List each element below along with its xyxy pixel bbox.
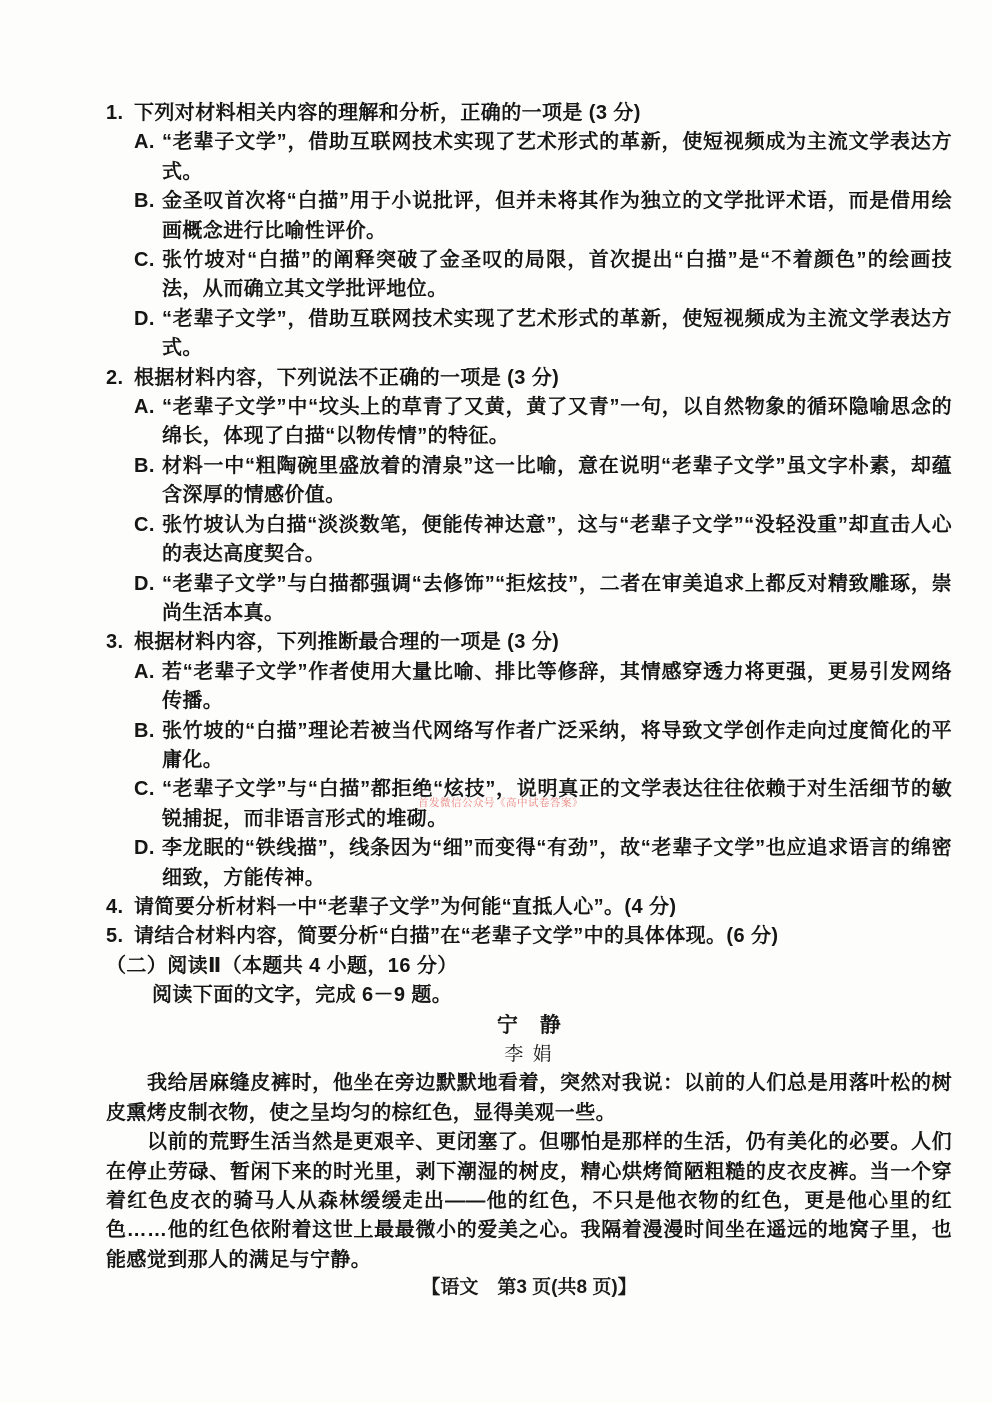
- question-3: 3. 根据材料内容，下列推断最合理的一项是 (3 分) A. 若“老辈子文学”作…: [106, 628, 952, 893]
- question-2-option-b: B. 材料一中“粗陶碗里盛放着的清泉”这一比喻，意在说明“老辈子文学”虽文字朴素…: [134, 452, 952, 511]
- question-3-option-d: D. 李龙眠的“铁线描”，线条因为“细”而变得“有劲”，故“老辈子文学”也应追求…: [134, 834, 952, 893]
- option-label: B.: [134, 187, 162, 246]
- question-2-option-c: C. 张竹坡认为白描“淡淡数笔，便能传神达意”，这与“老辈子文学”“没轻没重”却…: [134, 511, 952, 570]
- question-2-option-a: A. “老辈子文学”中“坟头上的草青了又黄，黄了又青”一句，以自然物象的循环隐喻…: [134, 393, 952, 452]
- question-3-option-b: B. 张竹坡的“白描”理论若被当代网络写作者广泛采纳，将导致文学创作走向过度简化…: [134, 717, 952, 776]
- option-label: A.: [134, 128, 162, 187]
- question-4-number: 4.: [106, 893, 134, 922]
- option-text: “老辈子文学”，借助互联网技术实现了艺术形式的革新，使短视频成为主流文学表达方式…: [162, 305, 952, 364]
- option-label: C.: [134, 511, 162, 570]
- question-1-number: 1.: [106, 99, 134, 128]
- option-text: 金圣叹首次将“白描”用于小说批评，但并未将其作为独立的文学批评术语，而是借用绘画…: [162, 187, 952, 246]
- option-label: C.: [134, 775, 162, 834]
- option-text: 张竹坡的“白描”理论若被当代网络写作者广泛采纳，将导致文学创作走向过度简化的平庸…: [162, 717, 952, 776]
- question-2-number: 2.: [106, 364, 134, 393]
- question-2-stem: 根据材料内容，下列说法不正确的一项是 (3 分): [134, 364, 952, 393]
- question-3-number: 3.: [106, 628, 134, 657]
- publisher-watermark: 首发微信公众号《高中试卷答案》: [418, 795, 583, 810]
- option-text: “老辈子文学”与白描都强调“去修饰”“拒炫技”，二者在审美追求上都反对精致雕琢，…: [162, 570, 952, 629]
- question-5-stem: 请结合材料内容，简要分析“白描”在“老辈子文学”中的具体体现。(6 分): [134, 922, 952, 951]
- question-3-option-a: A. 若“老辈子文学”作者使用大量比喻、排比等修辞，其情感穿透力将更强，更易引发…: [134, 658, 952, 717]
- option-text: 李龙眠的“铁线描”，线条因为“细”而变得“有劲”，故“老辈子文学”也应追求语言的…: [162, 834, 952, 893]
- question-5: 5. 请结合材料内容，简要分析“白描”在“老辈子文学”中的具体体现。(6 分): [106, 922, 952, 951]
- option-label: C.: [134, 246, 162, 305]
- question-1: 1. 下列对材料相关内容的理解和分析，正确的一项是 (3 分) A. “老辈子文…: [106, 99, 952, 364]
- option-label: D.: [134, 834, 162, 893]
- reading-instruction: 阅读下面的文字，完成 6－9 题。: [106, 981, 952, 1010]
- question-4: 4. 请简要分析材料一中“老辈子文学”为何能“直抵人心”。(4 分): [106, 893, 952, 922]
- option-label: A.: [134, 658, 162, 717]
- option-label: B.: [134, 452, 162, 511]
- page-footer: 【语文 第3 页(共8 页)】: [106, 1272, 952, 1299]
- option-label: D.: [134, 305, 162, 364]
- option-label: D.: [134, 570, 162, 629]
- exam-page: 首发微信公众号《高中试卷答案》 1. 下列对材料相关内容的理解和分析，正确的一项…: [0, 0, 992, 1403]
- reading-passage-author: 李 娟: [106, 1040, 952, 1069]
- option-text: 张竹坡认为白描“淡淡数笔，便能传神达意”，这与“老辈子文学”“没轻没重”却直击人…: [162, 511, 952, 570]
- passage-paragraph-2: 以前的荒野生活当然是更艰辛、更闭塞了。但哪怕是那样的生活，仍有美化的必要。人们在…: [106, 1128, 952, 1275]
- reading-passage-title: 宁 静: [106, 1011, 952, 1040]
- question-1-stem: 下列对材料相关内容的理解和分析，正确的一项是 (3 分): [134, 99, 952, 128]
- option-text: “老辈子文学”中“坟头上的草青了又黄，黄了又青”一句，以自然物象的循环隐喻思念的…: [162, 393, 952, 452]
- exam-content: 1. 下列对材料相关内容的理解和分析，正确的一项是 (3 分) A. “老辈子文…: [106, 99, 952, 1275]
- question-2: 2. 根据材料内容，下列说法不正确的一项是 (3 分) A. “老辈子文学”中“…: [106, 364, 952, 629]
- question-4-stem: 请简要分析材料一中“老辈子文学”为何能“直抵人心”。(4 分): [134, 893, 952, 922]
- option-text: 若“老辈子文学”作者使用大量比喻、排比等修辞，其情感穿透力将更强，更易引发网络传…: [162, 658, 952, 717]
- question-1-option-b: B. 金圣叹首次将“白描”用于小说批评，但并未将其作为独立的文学批评术语，而是借…: [134, 187, 952, 246]
- option-label: B.: [134, 717, 162, 776]
- question-5-number: 5.: [106, 922, 134, 951]
- option-text: 材料一中“粗陶碗里盛放着的清泉”这一比喻，意在说明“老辈子文学”虽文字朴素，却蕴…: [162, 452, 952, 511]
- passage-paragraph-1: 我给居麻缝皮裤时，他坐在旁边默默地看着，突然对我说：以前的人们总是用落叶松的树皮…: [106, 1069, 952, 1128]
- reading-section-heading: （二）阅读Ⅱ（本题共 4 小题，16 分）: [106, 952, 952, 981]
- option-label: A.: [134, 393, 162, 452]
- question-1-option-a: A. “老辈子文学”，借助互联网技术实现了艺术形式的革新，使短视频成为主流文学表…: [134, 128, 952, 187]
- question-1-option-d: D. “老辈子文学”，借助互联网技术实现了艺术形式的革新，使短视频成为主流文学表…: [134, 305, 952, 364]
- option-text: “老辈子文学”，借助互联网技术实现了艺术形式的革新，使短视频成为主流文学表达方式…: [162, 128, 952, 187]
- question-2-option-d: D. “老辈子文学”与白描都强调“去修饰”“拒炫技”，二者在审美追求上都反对精致…: [134, 570, 952, 629]
- question-3-stem: 根据材料内容，下列推断最合理的一项是 (3 分): [134, 628, 952, 657]
- question-1-option-c: C. 张竹坡对“白描”的阐释突破了金圣叹的局限，首次提出“白描”是“不着颜色”的…: [134, 246, 952, 305]
- option-text: 张竹坡对“白描”的阐释突破了金圣叹的局限，首次提出“白描”是“不着颜色”的绘画技…: [162, 246, 952, 305]
